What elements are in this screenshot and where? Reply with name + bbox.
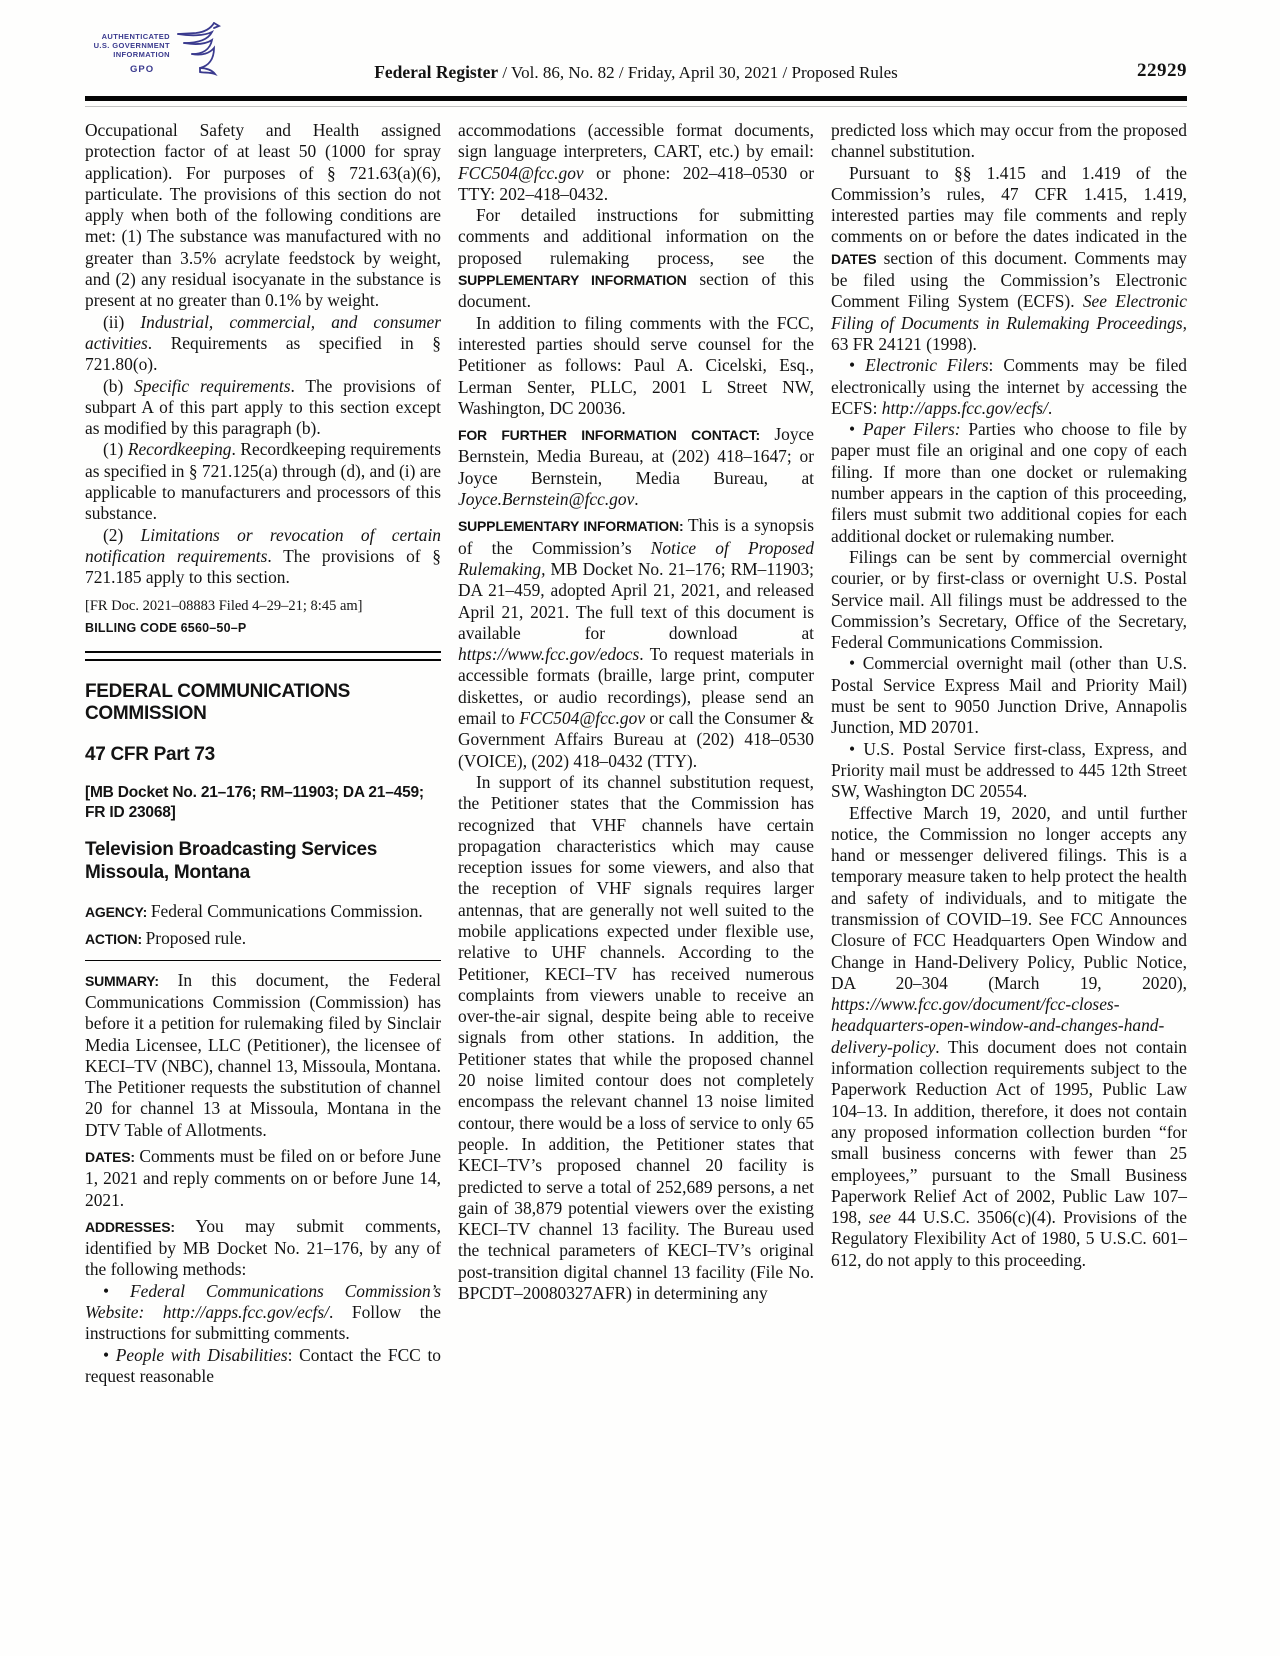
bullet-usps-first-class: • U.S. Postal Service first-class, Expre… (831, 739, 1187, 803)
paragraph-b2: (2) Limitations or revocation of certain… (85, 525, 441, 589)
bullet-paper-filers: • Paper Filers: Parties who choose to fi… (831, 419, 1187, 547)
summary-paragraph: SUMMARY: In this document, the Federal C… (85, 970, 441, 1141)
serve-counsel-paragraph: In addition to filing comments with the … (458, 313, 814, 419)
filings-courier-paragraph: Filings can be sent by commercial overni… (831, 547, 1187, 653)
bullet-people-with-disabilities: • People with Disabilities: Contact the … (85, 1345, 441, 1388)
action-separator (85, 960, 441, 961)
detailed-instructions-paragraph: For detailed instructions for submitting… (458, 205, 814, 312)
agency-heading: FEDERAL COMMUNICATIONS COMMISSION (85, 681, 441, 726)
gpo-logo-line2: U.S. GOVERNMENT (74, 41, 170, 50)
epa-continuation-paragraph: Occupational Safety and Health assigned … (85, 120, 441, 312)
agency-line: AGENCY: Federal Communications Commissio… (85, 901, 441, 923)
predicted-loss-continuation: predicted loss which may occur from the … (831, 120, 1187, 163)
addresses-paragraph: ADDRESSES: You may submit comments, iden… (85, 1216, 441, 1281)
bullet-electronic-filers: • Electronic Filers: Comments may be fil… (831, 355, 1187, 419)
article-columns: Occupational Safety and Health assigned … (85, 120, 1187, 1387)
column-3: predicted loss which may occur from the … (831, 120, 1187, 1387)
section-separator (85, 651, 441, 661)
federal-register-page: AUTHENTICATED U.S. GOVERNMENT INFORMATIO… (0, 0, 1280, 1656)
billing-code: BILLING CODE 6560–50–P (85, 621, 441, 635)
running-head: Federal Register / Vol. 86, No. 82 / Fri… (85, 62, 1187, 83)
cfr-part-heading: 47 CFR Part 73 (85, 744, 441, 767)
action-line: ACTION: Proposed rule. (85, 928, 441, 950)
gpo-logo-line1: AUTHENTICATED (74, 32, 170, 41)
column-1: Occupational Safety and Health assigned … (85, 120, 441, 1387)
effective-covid-paragraph: Effective March 19, 2020, and until furt… (831, 803, 1187, 1272)
fr-doc-line: [FR Doc. 2021–08883 Filed 4–29–21; 8:45 … (85, 598, 441, 615)
dates-paragraph: DATES: Comments must be filed on or befo… (85, 1146, 441, 1211)
further-info-paragraph: FOR FURTHER INFORMATION CONTACT: Joyce B… (458, 424, 814, 510)
header-rule (85, 96, 1187, 101)
header-rule-shadow (85, 106, 1187, 107)
column-2: accommodations (accessible format docume… (458, 120, 814, 1387)
page-number: 22929 (1137, 60, 1187, 82)
paragraph-ii: (ii) Industrial, commercial, and consume… (85, 312, 441, 376)
gpo-logo-line3: INFORMATION (74, 50, 170, 59)
supplementary-info-paragraph: SUPPLEMENTARY INFORMATION: This is a syn… (458, 515, 814, 772)
paragraph-b: (b) Specific requirements. The provision… (85, 376, 441, 440)
accommodations-continuation: accommodations (accessible format docume… (458, 120, 814, 205)
running-head-issue: / Vol. 86, No. 82 / Friday, April 30, 20… (498, 63, 898, 82)
bullet-fcc-website: • Federal Communications Commission’s We… (85, 1281, 441, 1345)
subject-heading: Television Broadcasting Services Missoul… (85, 839, 441, 884)
pursuant-paragraph: Pursuant to §§ 1.415 and 1.419 of the Co… (831, 163, 1187, 356)
running-head-title: Federal Register / Vol. 86, No. 82 / Fri… (85, 62, 1187, 83)
channel-substitution-paragraph: In support of its channel substitution r… (458, 772, 814, 1304)
running-head-publication: Federal Register (374, 62, 498, 82)
docket-line: [MB Docket No. 21–176; RM–11903; DA 21–4… (85, 783, 441, 822)
paragraph-b1: (1) Recordkeeping. Recordkeeping require… (85, 439, 441, 524)
gpo-logo-text: AUTHENTICATED U.S. GOVERNMENT INFORMATIO… (74, 32, 170, 59)
bullet-commercial-overnight: • Commercial overnight mail (other than … (831, 653, 1187, 738)
